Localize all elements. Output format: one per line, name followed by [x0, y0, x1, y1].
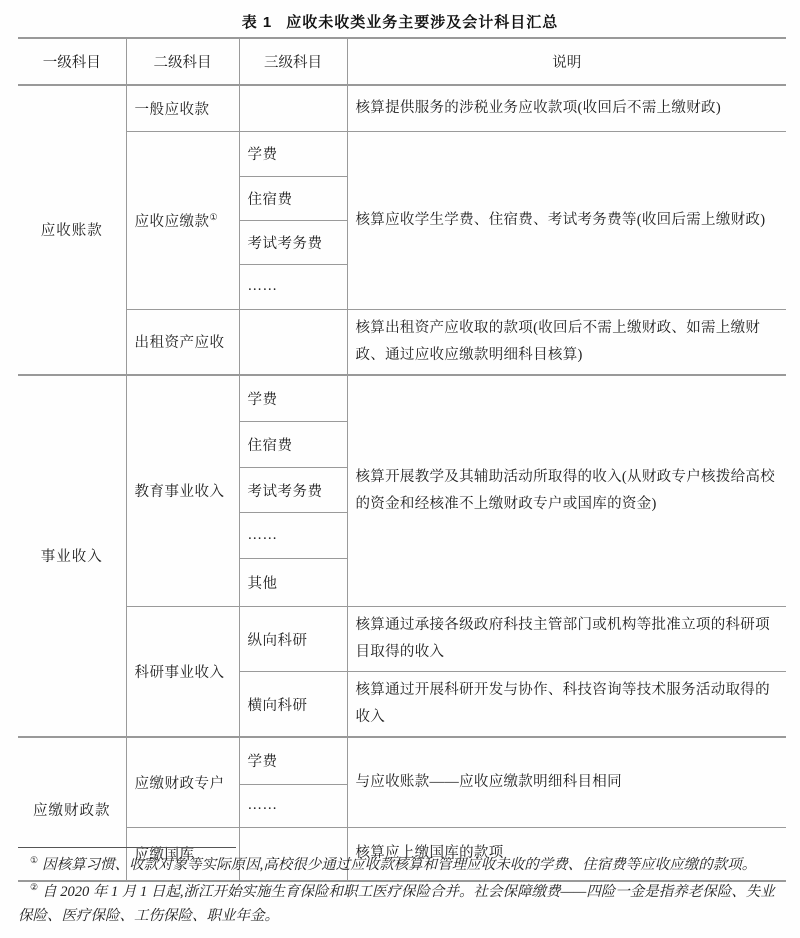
footnote-text-1: 因核算习惯、收款对象等实际原因,高校很少通过应收款核算和管理应收未收的学费、住宿… [42, 857, 756, 873]
level3-cell: 学费 [239, 131, 347, 176]
document-page: 表 1应收未收类业务主要涉及会计科目汇总 一级科目 二级科目 三级科目 说明 应… [0, 0, 800, 938]
level3-cell: 住宿费 [239, 422, 347, 468]
level2-cell: 出租资产应收 [126, 309, 239, 375]
table-header-row: 一级科目 二级科目 三级科目 说明 [18, 38, 786, 85]
table-row: 事业收入 教育事业收入 学费 核算开展教学及其辅助活动所取得的收入(从财政专户核… [18, 375, 786, 422]
level2-cell: 科研事业收入 [126, 607, 239, 738]
description-cell: 核算开展教学及其辅助活动所取得的收入(从财政专户核拨给高校的资金和经核准不上缴财… [347, 375, 786, 607]
footnote-marker-1: ① [30, 855, 38, 865]
level3-cell: 横向科研 [239, 672, 347, 738]
level2-label: 应收应缴款 [135, 214, 210, 230]
level2-cell: 一般应收款 [126, 85, 239, 131]
level3-cell: …… [239, 264, 347, 309]
table-title-text: 应收未收类业务主要涉及会计科目汇总 [286, 14, 558, 31]
header-level1: 一级科目 [18, 38, 126, 85]
description-cell: 核算提供服务的涉税业务应收款项(收回后不需上缴财政) [347, 85, 786, 131]
footnote-ref-1: ① [210, 212, 219, 222]
footnotes-block: ①因核算习惯、收款对象等实际原因,高校很少通过应收款核算和管理应收未收的学费、住… [18, 851, 786, 931]
level3-cell: 学费 [239, 737, 347, 784]
footnote-item-2: ②自 2020 年 1 月 1 日起,浙江开始实施生育保险和职工医疗保险合并。社… [18, 880, 786, 928]
footnote-marker-2: ② [30, 882, 38, 892]
header-level3: 三级科目 [239, 38, 347, 85]
table-row: 科研事业收入 纵向科研 核算通过承接各级政府科技主管部门或机构等批准立项的科研项… [18, 607, 786, 672]
level3-cell: 考试考务费 [239, 220, 347, 264]
level1-cell: 应收账款 [18, 85, 126, 375]
header-level2: 二级科目 [126, 38, 239, 85]
level3-cell-empty [239, 85, 347, 131]
table-row: 应收应缴款① 学费 核算应收学生学费、住宿费、考试考务费等(收回后需上缴财政) [18, 131, 786, 176]
description-cell: 核算出租资产应收取的款项(收回后不需上缴财政、如需上缴财政、通过应收应缴款明细科… [347, 309, 786, 375]
level3-cell: …… [239, 784, 347, 827]
table-row: 应收账款 一般应收款 核算提供服务的涉税业务应收款项(收回后不需上缴财政) [18, 85, 786, 131]
level3-cell-empty [239, 309, 347, 375]
footnote-text-2: 自 2020 年 1 月 1 日起,浙江开始实施生育保险和职工医疗保险合并。社会… [18, 884, 775, 924]
description-cell: 核算应收学生学费、住宿费、考试考务费等(收回后需上缴财政) [347, 131, 786, 309]
level3-cell: 学费 [239, 375, 347, 422]
level2-cell: 教育事业收入 [126, 375, 239, 607]
level3-cell: 纵向科研 [239, 607, 347, 672]
level3-cell: 考试考务费 [239, 468, 347, 513]
table-title: 表 1应收未收类业务主要涉及会计科目汇总 [0, 11, 800, 32]
level1-cell: 事业收入 [18, 375, 126, 738]
footnote-item-1: ①因核算习惯、收款对象等实际原因,高校很少通过应收款核算和管理应收未收的学费、住… [18, 853, 786, 877]
table-row: 出租资产应收 核算出租资产应收取的款项(收回后不需上缴财政、如需上缴财政、通过应… [18, 309, 786, 375]
description-cell: 核算通过承接各级政府科技主管部门或机构等批准立项的科研项目取得的收入 [347, 607, 786, 672]
level3-cell: …… [239, 513, 347, 559]
description-cell: 核算通过开展科研开发与协作、科技咨询等技术服务活动取得的收入 [347, 672, 786, 738]
footnote-separator-rule [18, 847, 236, 848]
header-description: 说明 [347, 38, 786, 85]
accounting-subjects-table: 一级科目 二级科目 三级科目 说明 应收账款 一般应收款 核算提供服务的涉税业务… [18, 37, 786, 882]
level2-cell: 应缴财政专户 [126, 737, 239, 827]
level3-cell: 住宿费 [239, 176, 347, 220]
description-cell: 与应收账款——应收应缴款明细科目相同 [347, 737, 786, 827]
table-row: 应缴财政款 应缴财政专户 学费 与应收账款——应收应缴款明细科目相同 [18, 737, 786, 784]
level3-cell: 其他 [239, 559, 347, 607]
level2-cell: 应收应缴款① [126, 131, 239, 309]
table-number: 表 1 [242, 14, 273, 31]
